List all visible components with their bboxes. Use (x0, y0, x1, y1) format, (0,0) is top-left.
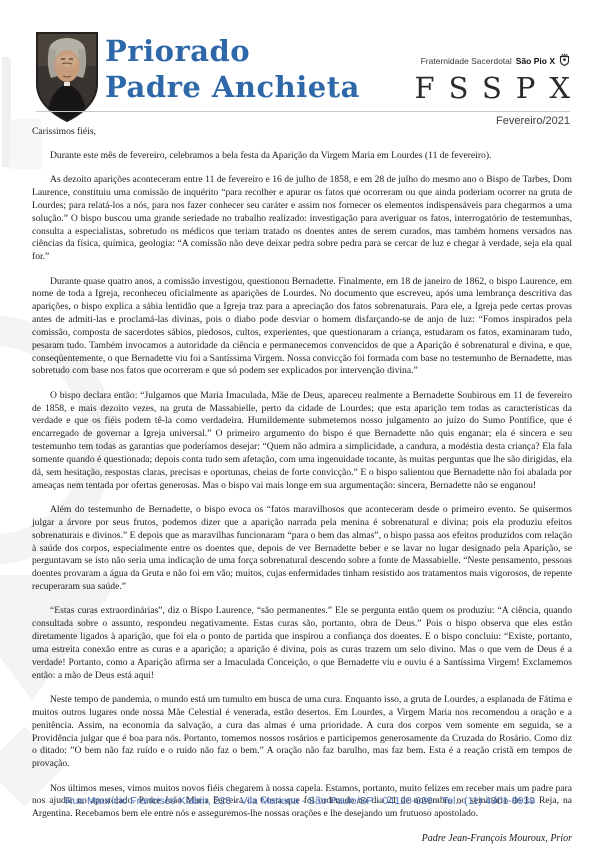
letter-body: Caríssimos fiéis, Durante este mês de fe… (32, 126, 572, 844)
priory-title-line2: Padre Anchieta (105, 69, 360, 105)
priory-title: Priorado Padre Anchieta (105, 33, 360, 105)
footer-address: Rua Maurício Francisco Klabin, 223 - Vil… (0, 795, 600, 807)
padre-anchieta-portrait-icon (36, 32, 98, 127)
fraternity-name: Fraternidade Sacerdotal São Pio X (414, 53, 570, 68)
letter-greeting: Caríssimos fiéis, (32, 126, 572, 139)
fraternity-name-regular: Fraternidade Sacerdotal (421, 56, 512, 66)
letter-paragraph: Além do testemunho de Bernadette, o bisp… (32, 504, 572, 594)
header-divider (36, 111, 570, 112)
letter-paragraph: Neste tempo de pandemia, o mundo está um… (32, 694, 572, 771)
issue-date: Fevereiro/2021 (496, 115, 570, 127)
letter-paragraph: Durante quase quatro anos, a comissão in… (32, 276, 572, 379)
letter-paragraph: “Estas curas extraordinárias”, diz o Bis… (32, 605, 572, 682)
priory-title-line1: Priorado (105, 33, 360, 69)
fsspx-acronym: FSSPX (414, 71, 584, 105)
letter-signature: Padre Jean-François Mouroux, Prior (32, 833, 572, 844)
letter-paragraph: O bispo declara então: “Julgamos que Mar… (32, 390, 572, 493)
newsletter-page: Priorado Padre Anchieta Fraternidade Sac… (0, 0, 600, 849)
letter-paragraph: Durante este mês de fevereiro, celebramo… (32, 150, 572, 163)
fraternity-block: Fraternidade Sacerdotal São Pio X FSSPX (414, 53, 570, 105)
letter-paragraph: As dezoito aparições aconteceram entre 1… (32, 174, 572, 264)
fsspx-crest-icon (559, 53, 570, 68)
fraternity-name-bold: São Pio X (516, 56, 555, 66)
